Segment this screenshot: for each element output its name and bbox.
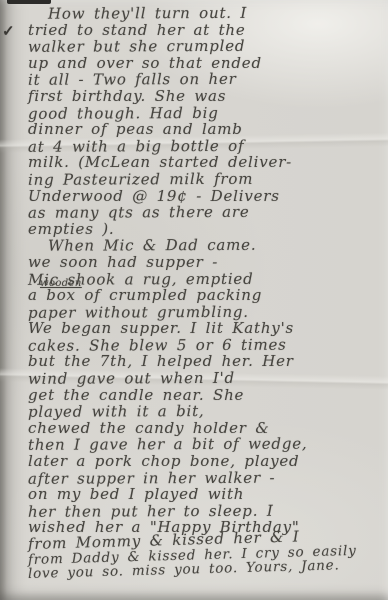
handwritten-line-14: empties ). <box>28 221 380 238</box>
handwritten-line-18: woodena box of crumpled packing <box>28 287 380 304</box>
handwritten-line-25: played with it a bit, <box>28 402 380 420</box>
handwritten-line-8: dinner of peas and lamb <box>28 121 380 138</box>
handwritten-line-12: Underwood @ 19¢ - Delivers <box>28 188 380 205</box>
margin-checkmark: ✓ <box>2 23 15 40</box>
handwritten-line-16: we soon had supper - <box>28 254 380 271</box>
handwritten-line-23: wind gave out when I'd <box>28 369 380 387</box>
handwritten-line-6: first birthday. She was <box>28 88 380 105</box>
handwritten-line-3: walker but she crumpled <box>28 37 380 55</box>
handwritten-line-10: milk. (McLean started deliver- <box>28 154 380 171</box>
handwritten-line-13: as many qts as there are <box>28 203 380 221</box>
handwritten-line-30: on my bed I played with <box>28 486 380 503</box>
letter-page: How they'll turn out. I✓tried to stand h… <box>0 0 388 600</box>
handwritten-line-26: chewed the candy holder & <box>28 420 380 437</box>
handwritten-line-20: We began supper. I lit Kathy's <box>28 320 380 337</box>
handwritten-line-22: but the 7th, I helped her. Her <box>28 353 380 370</box>
page-edge-mark <box>7 0 51 4</box>
handwritten-line-28: later a pork chop bone, played <box>28 453 380 470</box>
handwritten-line-4: up and over so that ended <box>28 55 380 72</box>
handwritten-line-24: get the candle near. She <box>28 387 380 404</box>
handwritten-line-11: ing Pasteurized milk from <box>28 170 380 188</box>
handwritten-line-2: ✓tried to stand her at the <box>28 22 380 39</box>
handwritten-line-1: How they'll turn out. I <box>28 4 380 22</box>
handwritten-line-15: When Mic & Dad came. <box>28 237 380 255</box>
letter-body: How they'll turn out. I✓tried to stand h… <box>28 5 380 581</box>
inserted-word: wooden <box>40 279 82 289</box>
